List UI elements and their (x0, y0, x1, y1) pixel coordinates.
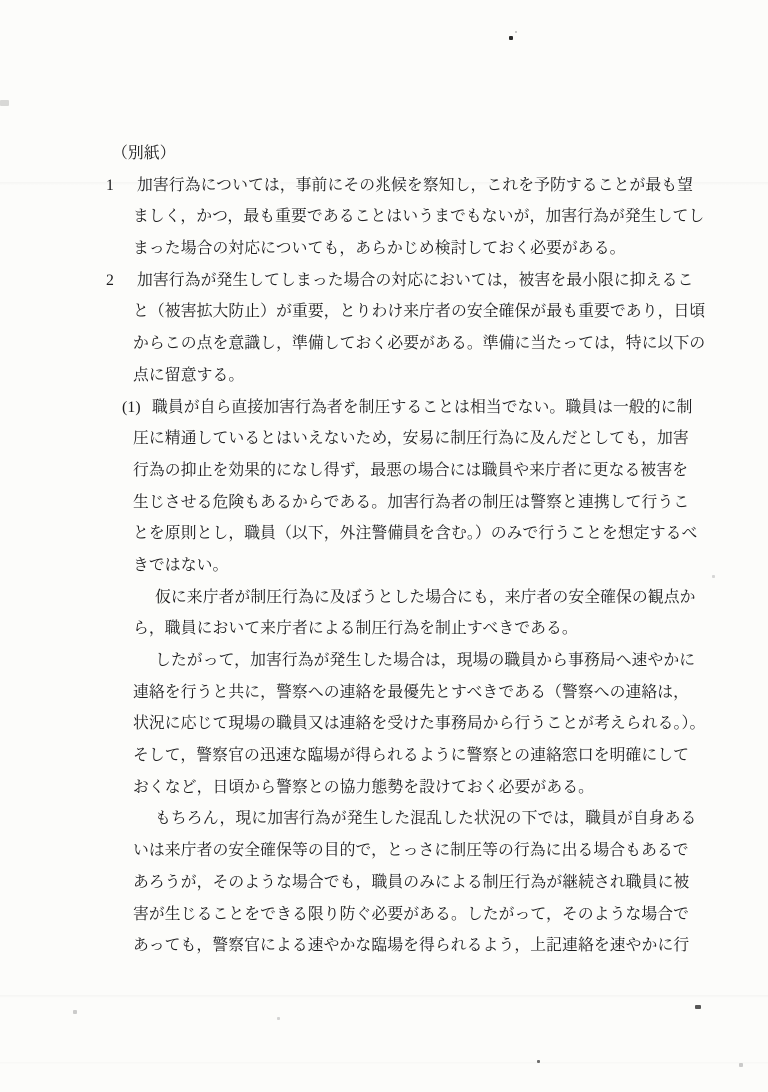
document-line: (1)職員が自ら直接加害行為者を制圧することは相当でない。職員は一般的に制 (122, 392, 746, 424)
document-line: 生じさせる危険もあるからである。加害行為者の制圧は警察と連携して行うこ (133, 487, 746, 519)
document-line: したがって，加害行為が発生した場合は，現場の職員から事務局へ速やかに (155, 645, 746, 677)
line-text: まった場合の対応についても，あらかじめ検討しておく必要がある。 (133, 240, 626, 257)
line-text: そして，警察官の迅速な臨場が得られるように警察との連絡窓口を明確にして (133, 747, 689, 764)
line-text: あっても，警察官による速やかな臨場を得られるよう，上記連絡を速やかに行 (133, 937, 689, 954)
list-number: (1) (122, 392, 152, 424)
line-text: 行為の抑止を効果的になし得ず，最悪の場合には職員や来庁者に更なる被害を (133, 462, 688, 479)
line-text: あろうが，そのような場合でも，職員のみによる制圧行為が継続され職員に被 (133, 874, 689, 891)
document-line: いは来庁者の安全確保等の目的で，とっさに制圧等の行為に出る場合もあるで (133, 835, 746, 867)
document-line: おくなど，日頃から警察との協力態勢を設けておく必要がある。 (133, 772, 746, 804)
line-text: とを原則とし，職員（以下，外注警備員を含む。）のみで行うことを想定するべ (133, 525, 697, 542)
line-text: 圧に精通しているとはいえないため，安易に制圧行為に及んだとしても，加害 (133, 430, 689, 447)
document-line: そして，警察官の迅速な臨場が得られるように警察との連絡窓口を明確にして (133, 740, 746, 772)
document-line: からこの点を意識し，準備しておく必要がある。準備に当たっては，特に以下の (133, 328, 746, 360)
document-line: まった場合の対応についても，あらかじめ検討しておく必要がある。 (133, 233, 746, 265)
line-text: 点に留意する。 (133, 367, 244, 384)
list-number: 2 (106, 265, 137, 297)
line-text: 加害行為については，事前にその兆候を察知し，これを予防することが最も望 (137, 177, 693, 194)
document-line: 行為の抑止を効果的になし得ず，最悪の場合には職員や来庁者に更なる被害を (133, 455, 746, 487)
document-line: 仮に来庁者が制圧行為に及ぼうとした場合にも，来庁者の安全確保の観点か (155, 582, 746, 614)
document-line: 2加害行為が発生してしまった場合の対応においては，被害を最小限に抑えるこ (106, 265, 746, 297)
document-line: 害が生じることをできる限り防ぐ必要がある。したがって，そのような場合で (133, 899, 746, 931)
line-text: 生じさせる危険もあるからである。加害行為者の制圧は警察と連携して行うこ (133, 494, 689, 511)
line-text: 仮に来庁者が制圧行為に及ぼうとした場合にも，来庁者の安全確保の観点か (155, 589, 696, 606)
line-text: もちろん，現に加害行為が発生した混乱した状況の下では，職員が自身ある (155, 810, 696, 827)
document-line: 圧に精通しているとはいえないため，安易に制圧行為に及んだとしても，加害 (133, 423, 746, 455)
scan-artifact (509, 36, 513, 40)
line-text: 害が生じることをできる限り防ぐ必要がある。したがって，そのような場合で (133, 906, 689, 923)
document-line: 状況に応じて現場の職員又は連絡を受けた事務局から行うことが考えられる。）。 (133, 708, 746, 740)
document-line: きではない。 (133, 550, 746, 582)
scan-artifact (739, 1063, 743, 1067)
document-line: もちろん，現に加害行為が発生した混乱した状況の下では，職員が自身ある (155, 803, 746, 835)
line-text: ましく，かつ，最も重要であることはいうまでもないが，加害行為が発生してし (133, 208, 704, 225)
document-line: 連絡を行うと共に，警察への連絡を最優先とすべきである（警察への連絡は， (133, 677, 746, 709)
scan-artifact (277, 1017, 280, 1020)
line-text: からこの点を意識し，準備しておく必要がある。準備に当たっては，特に以下の (133, 335, 705, 352)
document-line: と（被害拡大防止）が重要，とりわけ来庁者の安全確保が最も重要であり，日頃 (133, 296, 746, 328)
document-line: あっても，警察官による速やかな臨場を得られるよう，上記連絡を速やかに行 (133, 930, 746, 962)
document-line: とを原則とし，職員（以下，外注警備員を含む。）のみで行うことを想定するべ (133, 518, 746, 550)
document-line: （別紙） (112, 138, 746, 170)
scan-artifact (0, 100, 9, 106)
line-text: 職員が自ら直接加害行為者を制圧することは相当でない。職員は一般的に制 (152, 399, 693, 416)
line-text: と（被害拡大防止）が重要，とりわけ来庁者の安全確保が最も重要であり，日頃 (133, 303, 705, 320)
line-text: ら，職員において来庁者による制圧行為を制止すべきである。 (133, 620, 578, 637)
line-text: きではない。 (133, 557, 228, 574)
line-text: （別紙） (112, 145, 176, 162)
scan-artifact (73, 1010, 77, 1014)
document-body: （別紙）1加害行為については，事前にその兆候を察知し，これを予防することが最も望… (106, 138, 746, 962)
line-text: したがって，加害行為が発生した場合は，現場の職員から事務局へ速やかに (155, 652, 695, 669)
document-line: あろうが，そのような場合でも，職員のみによる制圧行為が継続され職員に被 (133, 867, 746, 899)
line-text: おくなど，日頃から警察との協力態勢を設けておく必要がある。 (133, 779, 594, 796)
list-number: 1 (106, 170, 137, 202)
document-line: 点に留意する。 (133, 360, 746, 392)
scan-artifact (537, 1060, 540, 1063)
scanned-document-page: （別紙）1加害行為については，事前にその兆候を察知し，これを予防することが最も望… (0, 0, 768, 1092)
scan-artifact (515, 31, 517, 33)
line-text: 連絡を行うと共に，警察への連絡を最優先とすべきである（警察への連絡は， (133, 684, 689, 701)
line-text: いは来庁者の安全確保等の目的で，とっさに制圧等の行為に出る場合もあるで (133, 842, 689, 859)
document-line: 1加害行為については，事前にその兆候を察知し，これを予防することが最も望 (106, 170, 746, 202)
line-text: 状況に応じて現場の職員又は連絡を受けた事務局から行うことが考えられる。）。 (133, 715, 705, 732)
document-line: ましく，かつ，最も重要であることはいうまでもないが，加害行為が発生してし (133, 201, 746, 233)
document-line: ら，職員において来庁者による制圧行為を制止すべきである。 (133, 613, 746, 645)
scan-artifact (695, 1005, 701, 1009)
line-text: 加害行為が発生してしまった場合の対応においては，被害を最小限に抑えるこ (137, 272, 693, 289)
